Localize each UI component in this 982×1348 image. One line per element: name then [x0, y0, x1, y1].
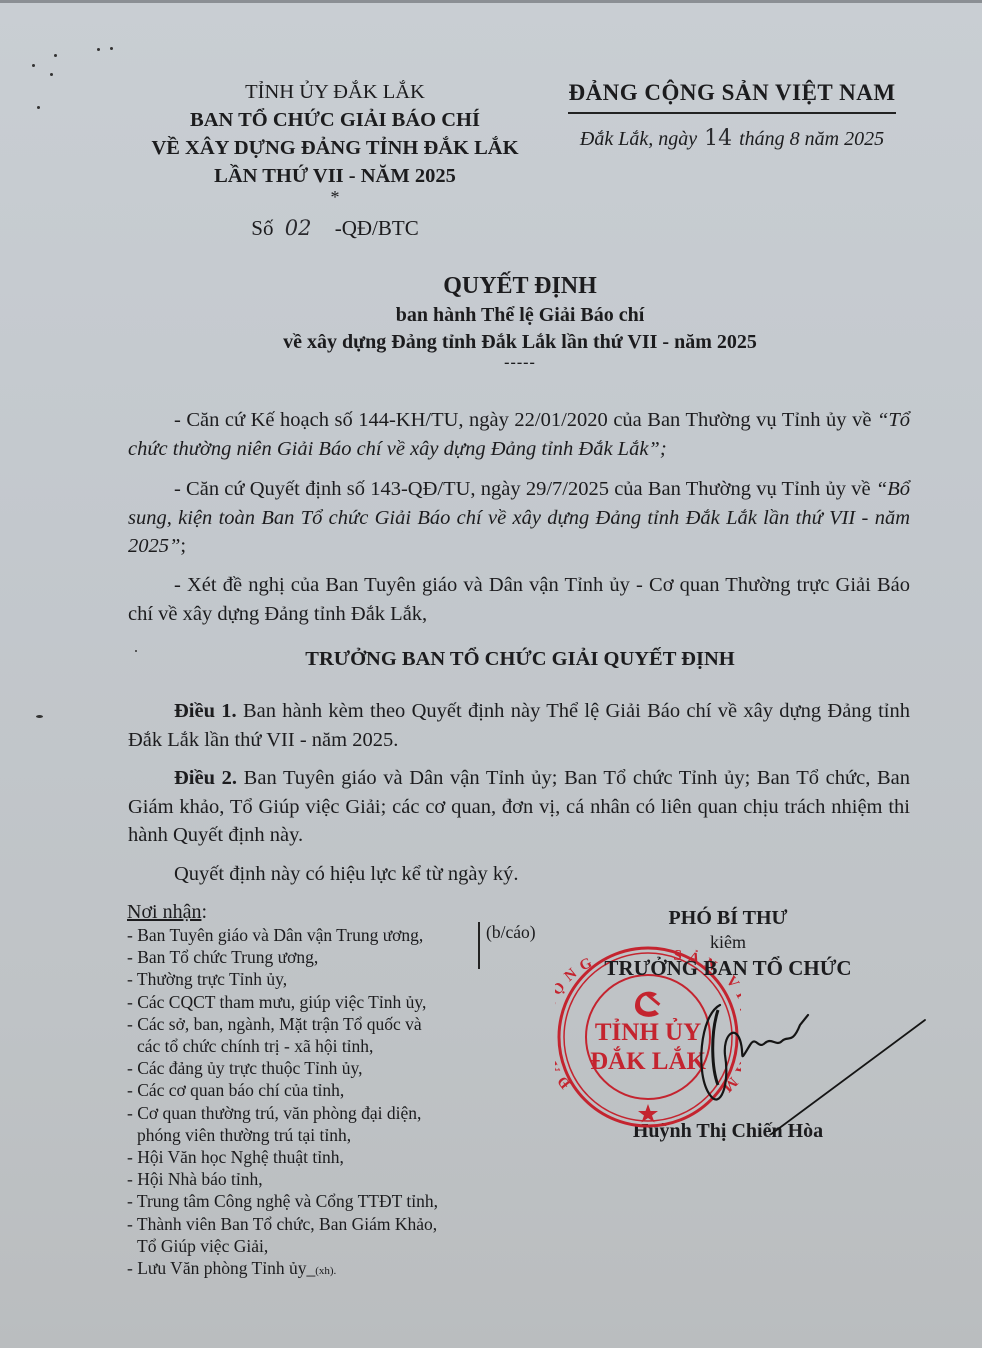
handwritten-signature-icon [690, 985, 940, 1135]
recipient-item: - Hội Nhà báo tỉnh, [127, 1168, 557, 1190]
issue-date: Đắk Lắk, ngày 14 tháng 8 năm 2025 [552, 126, 912, 151]
scan-speck [54, 54, 57, 57]
recipient-item: - Các đảng ủy trực thuộc Tỉnh ủy, [127, 1057, 557, 1079]
scan-top-edge [0, 0, 982, 3]
scan-speck [110, 47, 113, 50]
recipients-heading-text: Nơi nhận [127, 901, 201, 923]
report-bracket [478, 922, 480, 969]
issuer-line-1: TỈNH ỦY ĐẮK LẮK [120, 78, 550, 106]
article-label: Điều 2. [174, 767, 237, 789]
recipient-item: - Ban Tổ chức Trung ương, [127, 946, 557, 968]
effective-clause: Quyết định này có hiệu lực kể từ ngày ký… [128, 860, 910, 889]
recipient-item: - Cơ quan thường trú, văn phòng đại diện… [127, 1102, 557, 1124]
article-label: Điều 1. [174, 700, 237, 722]
number-handwritten: 02 [279, 216, 330, 240]
decision-heading: TRƯỞNG BAN TỔ CHỨC GIẢI QUYẾT ĐỊNH [130, 648, 910, 671]
preamble-text: - Căn cứ Kế hoạch số 144-KH/TU, ngày 22/… [174, 409, 877, 431]
recipient-item: - Trung tâm Công nghệ và Cổng TTĐT tỉnh, [127, 1190, 557, 1212]
document-title-block: QUYẾT ĐỊNH ban hành Thể lệ Giải Báo chí … [130, 270, 910, 370]
recipient-note: (xh). [315, 1265, 336, 1277]
preamble-paragraph: - Căn cứ Quyết định số 143-QĐ/TU, ngày 2… [128, 475, 910, 561]
issuer-line-3: VỀ XÂY DỰNG ĐẢNG TỈNH ĐẮK LẮK [120, 134, 550, 162]
svg-text:TỈNH ỦY: TỈNH ỦY [595, 1018, 701, 1046]
date-prefix: Đắk Lắk, ngày [580, 128, 697, 150]
signer-position-2: TRƯỞNG BAN TỔ CHỨC [568, 953, 888, 983]
recipient-item: - Thường trực Tỉnh ủy, [127, 968, 557, 990]
scan-speck [37, 106, 40, 109]
document-subtitle-1: ban hành Thể lệ Giải Báo chí [130, 302, 910, 329]
scan-speck [50, 73, 53, 76]
recipient-item: các tổ chức chính trị - xã hội tỉnh, [127, 1035, 557, 1057]
article-1: Điều 1. Ban hành kèm theo Quyết định này… [128, 697, 910, 754]
article-2: Điều 2. Ban Tuyên giáo và Dân vận Tỉnh ủ… [128, 764, 910, 850]
document-title: QUYẾT ĐỊNH [130, 270, 910, 302]
national-header: ĐẢNG CỘNG SẢN VIỆT NAM Đắk Lắk, ngày 14 … [552, 80, 912, 151]
preamble-text: - Căn cứ Quyết định số 143-QĐ/TU, ngày 2… [174, 478, 876, 500]
scan-speck [36, 715, 43, 718]
recipient-item: - Hội Văn học Nghệ thuật tỉnh, [127, 1146, 557, 1168]
recipient-item: - Các CQCT tham mưu, giúp việc Tỉnh ủy, [127, 991, 557, 1013]
party-name: ĐẢNG CỘNG SẢN VIỆT NAM [568, 80, 895, 114]
scan-speck [32, 64, 35, 67]
recipient-item: phóng viên thường trú tại tỉnh, [127, 1124, 557, 1146]
preamble-paragraph: - Xét đề nghị của Ban Tuyên giáo và Dân … [128, 571, 910, 628]
document-subtitle-2: về xây dựng Đảng tỉnh Đắk Lắk lần thứ VI… [130, 329, 910, 356]
title-separator: ----- [130, 356, 910, 370]
date-suffix: tháng 8 năm 2025 [739, 128, 884, 150]
recipients-heading-colon: : [201, 901, 207, 923]
issuer-line-4: LẦN THỨ VII - NĂM 2025 [120, 162, 550, 190]
star-separator: * [120, 190, 550, 204]
recipient-item: - Lưu Văn phòng Tỉnh ủy_(xh). [127, 1257, 557, 1282]
recipient-item: - Các sở, ban, ngành, Mặt trận Tổ quốc v… [127, 1013, 557, 1035]
issuing-body-header: TỈNH ỦY ĐẮK LẮK BAN TỔ CHỨC GIẢI BÁO CHÍ… [120, 78, 550, 242]
date-day-handwritten: 14 [702, 126, 734, 151]
recipient-text: - Lưu Văn phòng Tỉnh ủy_ [127, 1258, 315, 1278]
recipient-item: Tổ Giúp việc Giải, [127, 1235, 557, 1257]
effective-text: Quyết định này có hiệu lực kể từ ngày ký… [174, 863, 518, 885]
number-prefix: Số [251, 216, 273, 240]
scan-speck [97, 48, 100, 51]
recipients-heading: Nơi nhận: [127, 900, 557, 924]
issuer-line-2: BAN TỔ CHỨC GIẢI BÁO CHÍ [120, 106, 550, 134]
preamble-punct: ; [660, 438, 667, 460]
recipients-list: Nơi nhận: - Ban Tuyên giáo và Dân vận Tr… [127, 900, 557, 1282]
article-text: Ban hành kèm theo Quyết định này Thể lệ … [128, 700, 910, 751]
number-suffix: -QĐ/BTC [335, 216, 419, 240]
report-note: (b/cáo) [486, 922, 536, 943]
document-number: Số 02 -QĐ/BTC [120, 214, 550, 242]
recipient-item: - Thành viên Ban Tổ chức, Ban Giám Khảo, [127, 1213, 557, 1235]
preamble-paragraph: - Căn cứ Kế hoạch số 144-KH/TU, ngày 22/… [128, 406, 910, 463]
signer-position-1: PHÓ BÍ THƯ [568, 905, 888, 931]
preamble-punct: ; [180, 535, 186, 557]
preamble-text: - Xét đề nghị của Ban Tuyên giáo và Dân … [128, 574, 910, 625]
recipient-item: - Các cơ quan báo chí của tỉnh, [127, 1079, 557, 1101]
article-text: Ban Tuyên giáo và Dân vận Tỉnh ủy; Ban T… [128, 767, 910, 846]
